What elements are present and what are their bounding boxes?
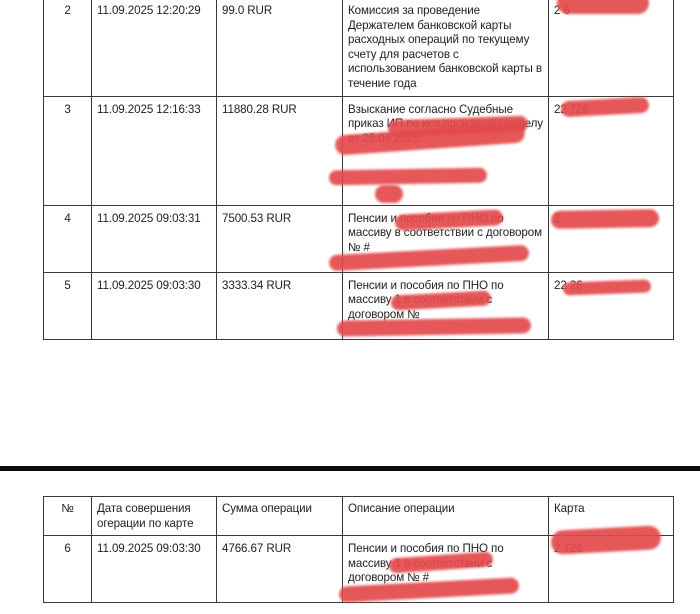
- column-header-amount: Сумма операции: [217, 497, 343, 536]
- column-header-date: Дата совершения огерации по карте: [92, 497, 217, 536]
- operation-description-cell: Взыскание согласно Судебные приказ ИП по…: [343, 96, 549, 205]
- transactions-table-page-2: № Дата совершения огерации по карте Сумм…: [43, 496, 674, 603]
- table-row: 3 11.09.2025 12:16:33 11880.28 RUR Взыск…: [44, 96, 674, 205]
- redaction-mark: [550, 525, 661, 555]
- operation-date: 11.09.2025 12:16:33: [92, 96, 217, 205]
- table-row: 4 11.09.2025 09:03:31 7500.53 RUR Пенсии…: [44, 205, 674, 272]
- operation-description-cell: Пенсии и пособия по ПНО по массиву 1 в с…: [343, 272, 549, 339]
- column-header-number: №: [44, 497, 92, 536]
- redaction-mark: [337, 317, 531, 336]
- table-row: 6 11.09.2025 09:03:30 4766.67 RUR Пенсии…: [44, 536, 674, 603]
- redaction-mark: [375, 185, 403, 203]
- redaction-mark: [551, 209, 659, 229]
- operation-description-cell: Пенсии и пособия по ПНО по массиву 1 в с…: [343, 536, 549, 603]
- operation-date: 11.09.2025 12:20:29: [92, 0, 217, 96]
- redaction-mark: [561, 96, 650, 117]
- operation-amount: 99.0 RUR: [217, 0, 343, 96]
- operation-amount: 4766.67 RUR: [217, 536, 343, 603]
- card-number-cell: 22 726: [549, 96, 674, 205]
- operation-amount: 7500.53 RUR: [217, 205, 343, 272]
- card-number-cell: 2 6: [549, 0, 674, 96]
- row-number: 6: [44, 536, 92, 603]
- table-row: 2 11.09.2025 12:20:29 99.0 RUR Комиссия …: [44, 0, 674, 96]
- column-header-description: Описание операции: [343, 497, 549, 536]
- transactions-table-page-1: 2 11.09.2025 12:20:29 99.0 RUR Комиссия …: [43, 0, 674, 340]
- row-number: 5: [44, 272, 92, 339]
- card-number-cell: 2 726: [549, 536, 674, 603]
- redaction-mark: [329, 167, 487, 185]
- operation-date: 11.09.2025 09:03:30: [92, 272, 217, 339]
- card-number-cell: 2: [549, 205, 674, 272]
- redaction-mark: [563, 279, 651, 295]
- operation-amount: 3333.34 RUR: [217, 272, 343, 339]
- operation-date: 11.09.2025 09:03:31: [92, 205, 217, 272]
- operation-description: Комиссия за проведение Держателем банков…: [343, 0, 549, 96]
- statement-page-1: 2 11.09.2025 12:20:29 99.0 RUR Комиссия …: [0, 0, 700, 466]
- row-number: 4: [44, 205, 92, 272]
- card-number-cell: 22 26: [549, 272, 674, 339]
- operation-amount: 11880.28 RUR: [217, 96, 343, 205]
- operation-date: 11.09.2025 09:03:30: [92, 536, 217, 603]
- row-number: 2: [44, 0, 92, 96]
- row-number: 3: [44, 96, 92, 205]
- redaction-mark: [557, 0, 649, 14]
- table-row: 5 11.09.2025 09:03:30 3333.34 RUR Пенсии…: [44, 272, 674, 339]
- operation-description-cell: Пенсии и пособия по ПНО по массиву в соо…: [343, 205, 549, 272]
- statement-page-2: № Дата совершения огерации по карте Сумм…: [0, 471, 700, 614]
